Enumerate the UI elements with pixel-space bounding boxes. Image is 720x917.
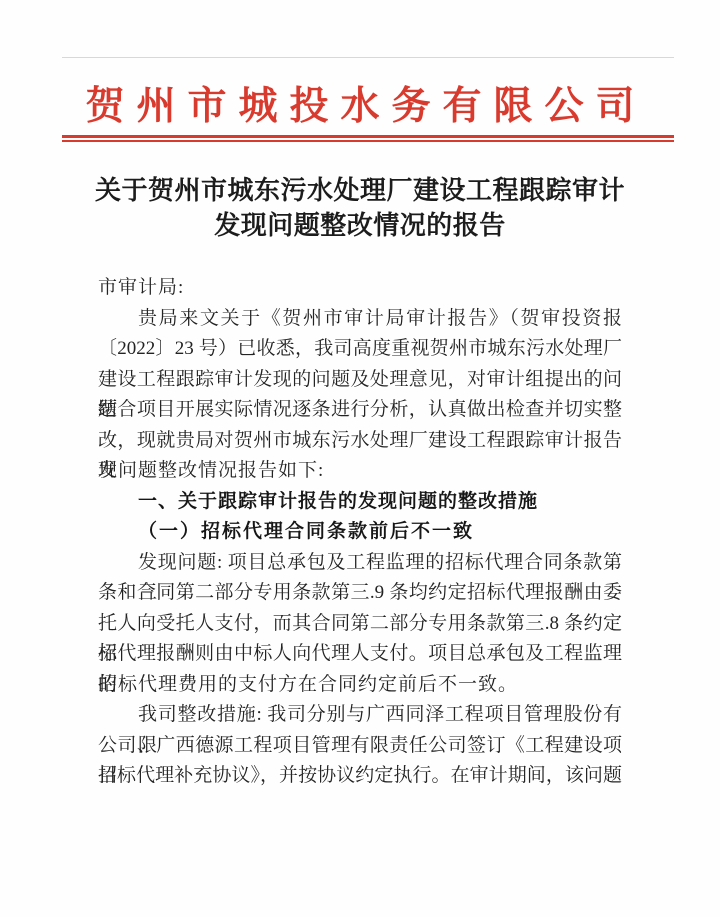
body-line: 改，现就贵局对贺州市城东污水处理厂建设工程跟踪审计报告发	[98, 426, 622, 457]
document-body: 市审计局: 贵局来文关于《贺州市审计局审计报告》（贺审投资报 〔2022〕23 …	[98, 273, 622, 792]
document-title: 关于贺州市城东污水处理厂建设工程跟踪审计 发现问题整改情况的报告	[48, 173, 672, 243]
letterhead-double-rule	[62, 135, 674, 142]
body-line: 招标代理费用的支付方在合同约定前后不一致。	[98, 670, 622, 701]
body-line: 结合项目开展实际情况逐条进行分析，认真做出检查并切实整	[98, 395, 622, 426]
body-line: 贵局来文关于《贺州市审计局审计报告》（贺审投资报	[98, 304, 622, 335]
letterhead-top-rule	[62, 57, 674, 58]
body-line: 发现问题: 项目总承包及工程监理的招标代理合同条款第三	[98, 548, 622, 579]
body-line: 条和合同第二部分专用条款第三.9 条均约定招标代理报酬由委	[98, 578, 622, 609]
document-title-line1: 关于贺州市城东污水处理厂建设工程跟踪审计	[48, 173, 672, 208]
body-line: 〔2022〕23 号）已收悉，我司高度重视贺州市城东污水处理厂	[98, 334, 622, 365]
section-heading-1: 一、关于跟踪审计报告的发现问题的整改措施	[98, 487, 622, 518]
body-line: 标代理报酬则由中标人向代理人支付。项目总承包及工程监理的	[98, 639, 622, 670]
body-line: 招标代理补充协议》，并按协议约定执行。在审计期间，该问题	[98, 761, 622, 792]
body-line: 建设工程跟踪审计发现的问题及处理意见，对审计组提出的问题	[98, 365, 622, 396]
scanned-document-page: 贺州市城投水务有限公司 关于贺州市城东污水处理厂建设工程跟踪审计 发现问题整改情…	[0, 0, 720, 917]
salutation: 市审计局:	[98, 273, 622, 304]
body-line: 现问题整改情况报告如下:	[98, 456, 622, 487]
document-title-line2: 发现问题整改情况的报告	[48, 208, 672, 243]
section-subheading-1-1: （一）招标代理合同条款前后不一致	[98, 517, 622, 548]
body-line: 托人向受托人支付，而其合同第二部分专用条款第三.8 条约定招	[98, 609, 622, 640]
letterhead-company-name: 贺州市城投水务有限公司	[0, 82, 720, 132]
body-line: 公司、广西德源工程项目管理有限责任公司签订《工程建设项目	[98, 731, 622, 762]
body-line: 我司整改措施: 我司分别与广西同泽工程项目管理股份有限	[98, 700, 622, 731]
